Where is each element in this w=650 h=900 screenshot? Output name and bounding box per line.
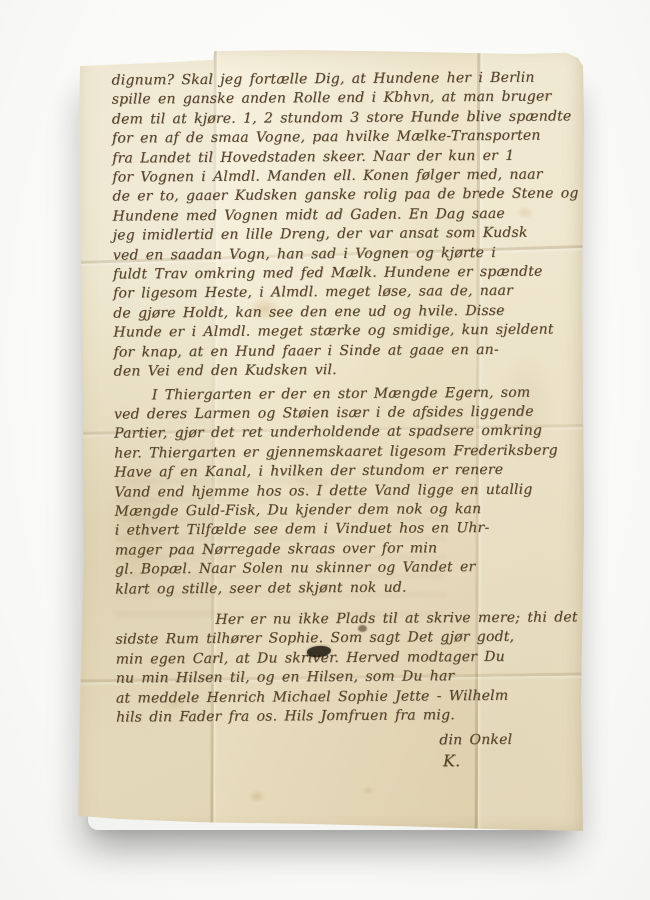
letter-line: hils din Fader fra os. Hils Jomfruen fra… [116,705,570,728]
letter-line: min egen Carl, at Du skriver. Herved mod… [116,647,570,670]
letter-line: Have af en Kanal, i hvilken der stundom … [114,461,568,484]
photo-background: dignum? Skal jeg fortælle Dig, at Hunden… [0,0,650,900]
letter-line: jeg imidlertid en lille Dreng, der var a… [113,224,567,247]
letter-line: for en af de smaa Vogne, paa hvilke Mælk… [112,127,566,150]
letter-line: at meddele Henrich Michael Sophie Jette … [116,686,570,709]
letter-line: klart og stille, seer det skjønt nok ud. [115,577,569,600]
letter-line: Vand end hjemme hos os. I dette Vand lig… [114,480,568,503]
ink-smudge [358,625,367,632]
letter-text: dignum? Skal jeg fortælle Dig, at Hunden… [112,68,571,772]
paper-stain [248,790,266,803]
letter-paper: dignum? Skal jeg fortælle Dig, at Hunden… [76,48,584,838]
letter-line: Hunde er i Almdl. meget stærke og smidig… [113,321,567,344]
paper-stain [362,786,374,795]
letter-line: K. [116,750,570,773]
letter-line: din Onkel [116,731,570,754]
letter-line: den Vei end den Kudsken vil. [114,360,568,383]
